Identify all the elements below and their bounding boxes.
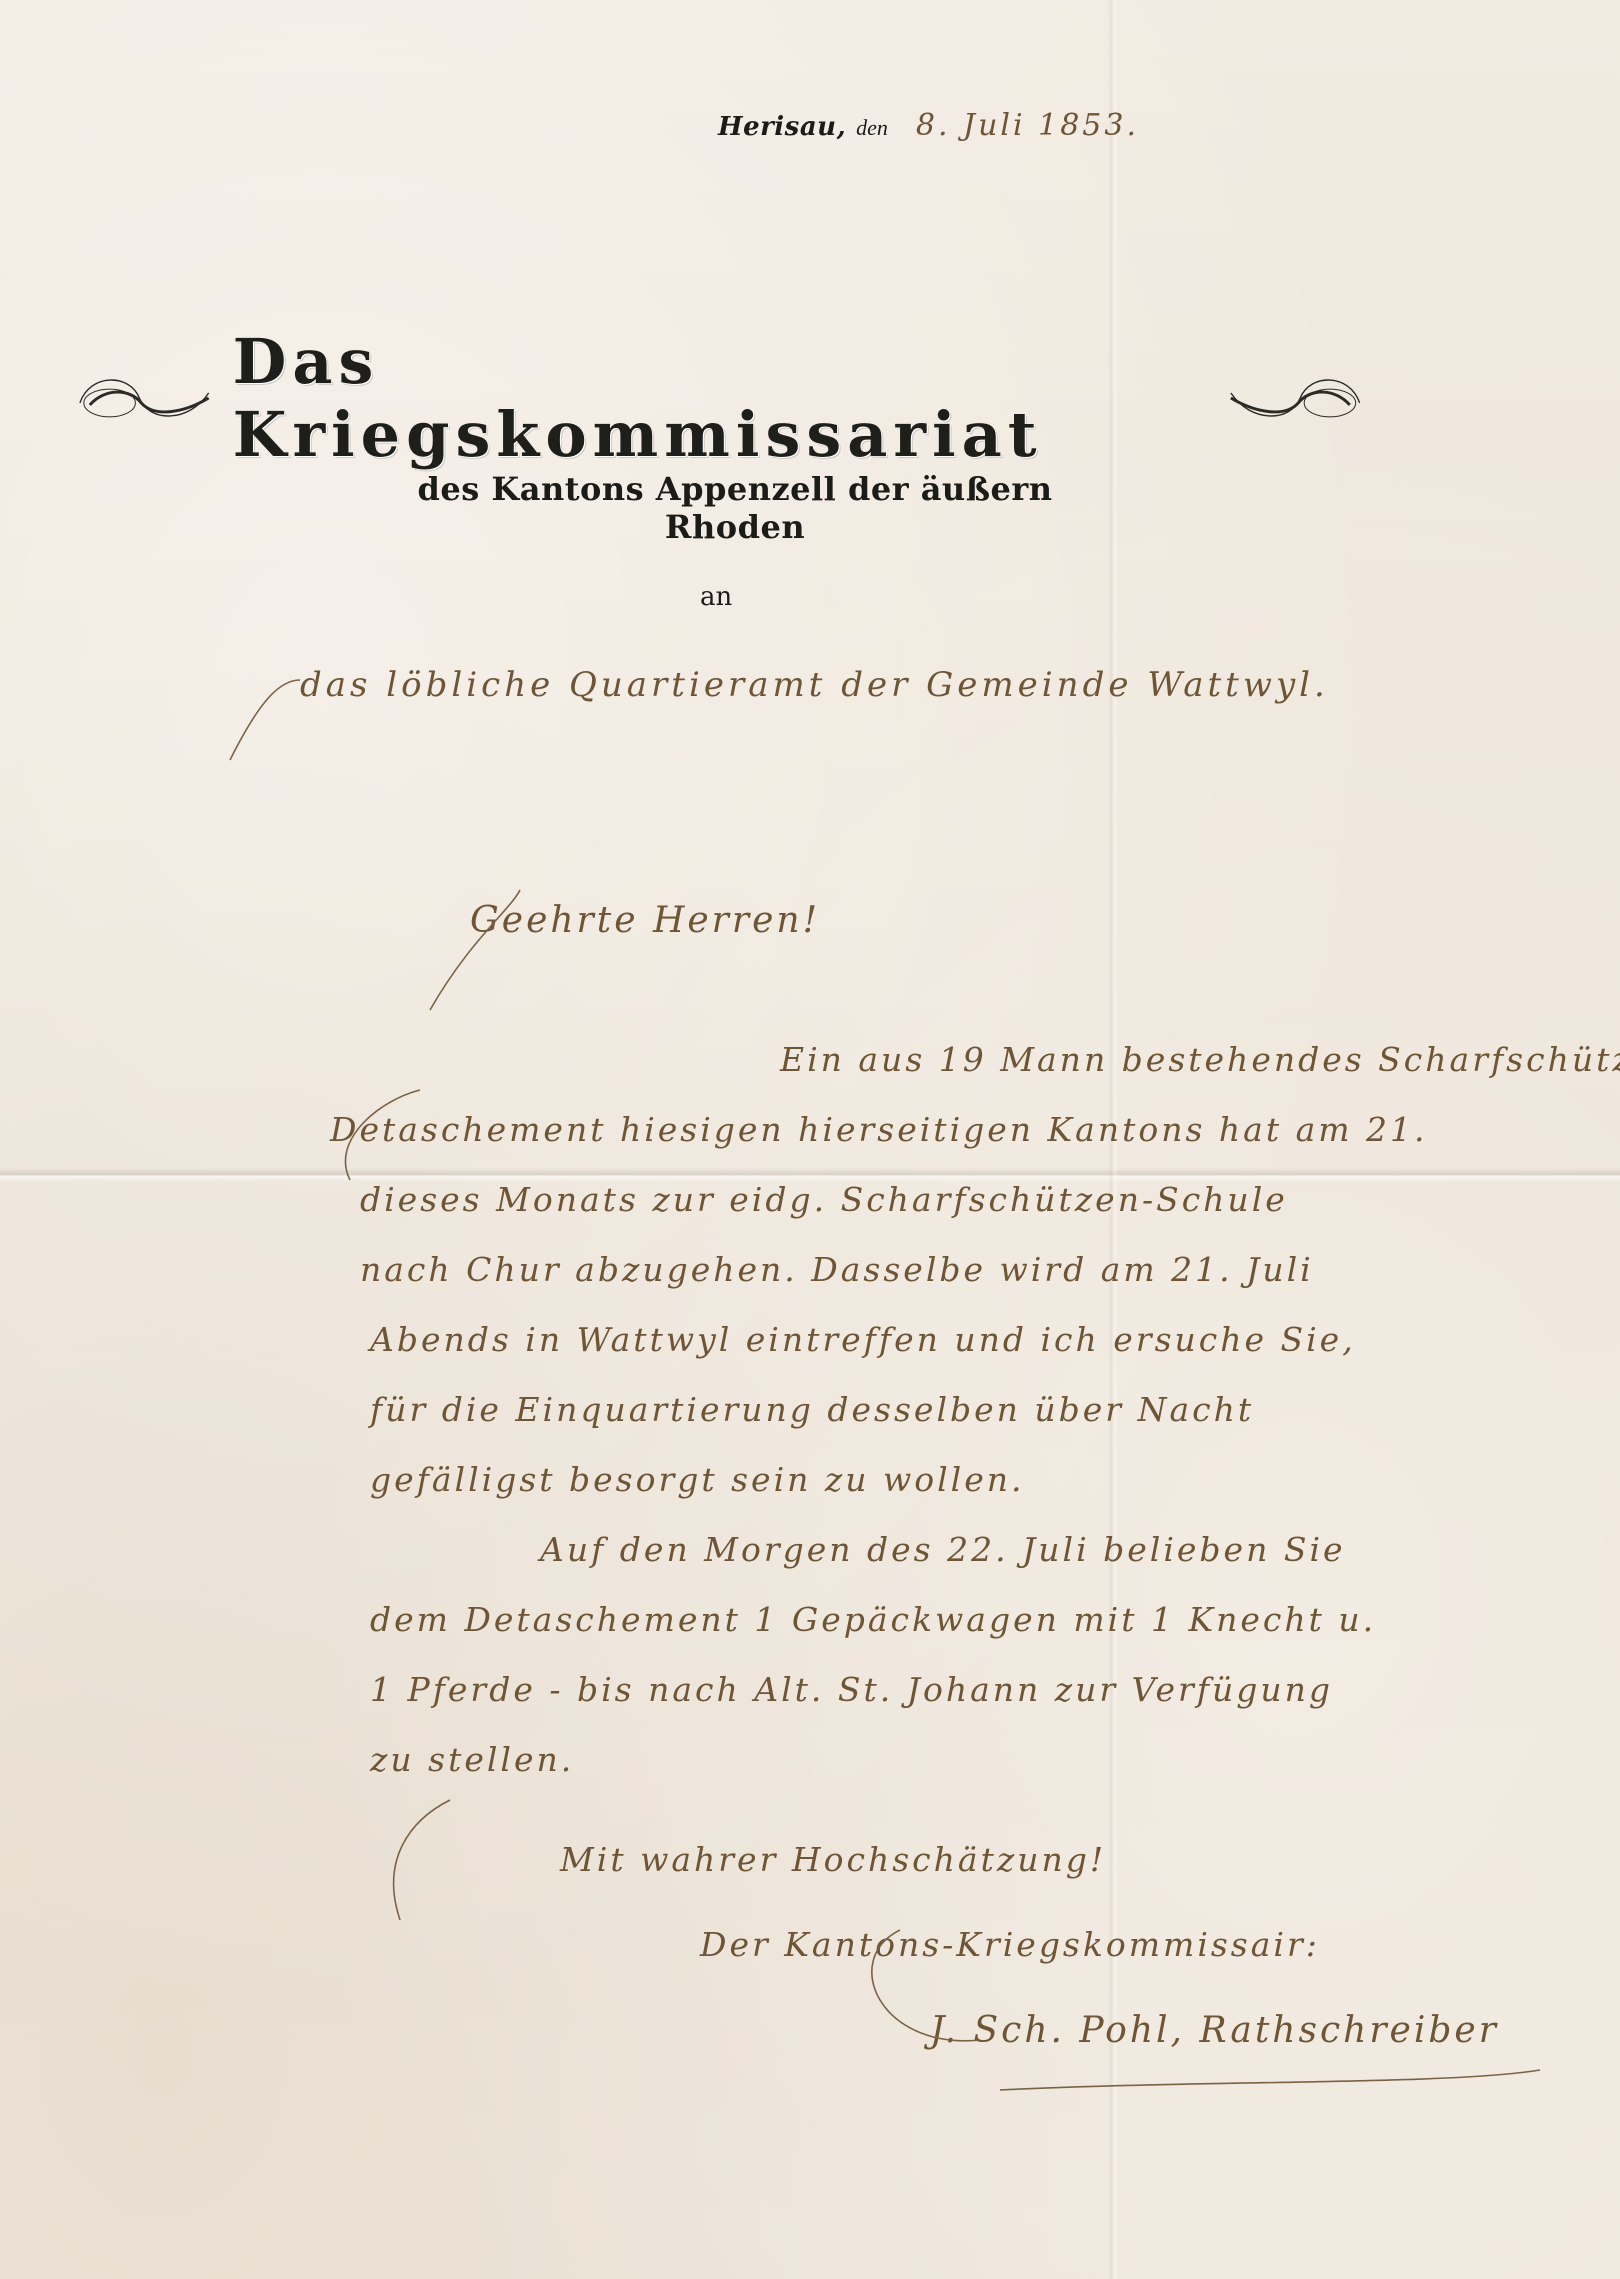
salutation: Geehrte Herren!	[470, 900, 820, 941]
dateline: Herisau, den 8. Juli 1853.	[718, 108, 1139, 143]
body-line: gefälligst besorgt sein zu wollen.	[370, 1460, 1025, 1499]
closing-regards: Mit wahrer Hochschätzung!	[560, 1840, 1106, 1879]
body-line: Ein aus 19 Mann bestehendes Scharfschütz…	[780, 1040, 1620, 1079]
letterhead-subtitle: des Kantons Appenzell der äußern Rhoden	[355, 470, 1115, 546]
body-line: für die Einquartierung desselben über Na…	[370, 1390, 1254, 1429]
place-name: Herisau,	[718, 112, 846, 142]
den-label: den	[856, 115, 888, 141]
addressee: das löbliche Quartieramt der Gemeinde Wa…	[300, 665, 1329, 705]
right-flourish-icon	[1221, 363, 1370, 433]
body-line: dieses Monats zur eidg. Scharfschützen-S…	[360, 1180, 1288, 1219]
closing-title: Der Kantons-Kriegskommissair:	[700, 1925, 1320, 1964]
letterhead-title-row: Das Kriegskommissariat	[70, 325, 1370, 471]
signature: J. Sch. Pohl, Rathschreiber	[930, 2010, 1499, 2051]
body-line: Detaschement hiesigen hierseitigen Kanto…	[330, 1110, 1428, 1149]
body-line: 1 Pferde - bis nach Alt. St. Johann zur …	[370, 1670, 1333, 1709]
handwritten-date: 8. Juli 1853.	[916, 108, 1139, 143]
body-line: zu stellen.	[370, 1740, 574, 1779]
body-line: Abends in Wattwyl eintreffen und ich ers…	[370, 1320, 1356, 1359]
body-line: nach Chur abzugehen. Dasselbe wird am 21…	[360, 1250, 1314, 1289]
body-line: Auf den Morgen des 22. Juli belieben Sie	[540, 1530, 1346, 1569]
body-line: dem Detaschement 1 Gepäckwagen mit 1 Kne…	[370, 1600, 1376, 1639]
left-flourish-icon	[70, 363, 219, 433]
letterhead-title: Das Kriegskommissariat	[233, 325, 1208, 471]
an-label: an	[700, 582, 732, 612]
